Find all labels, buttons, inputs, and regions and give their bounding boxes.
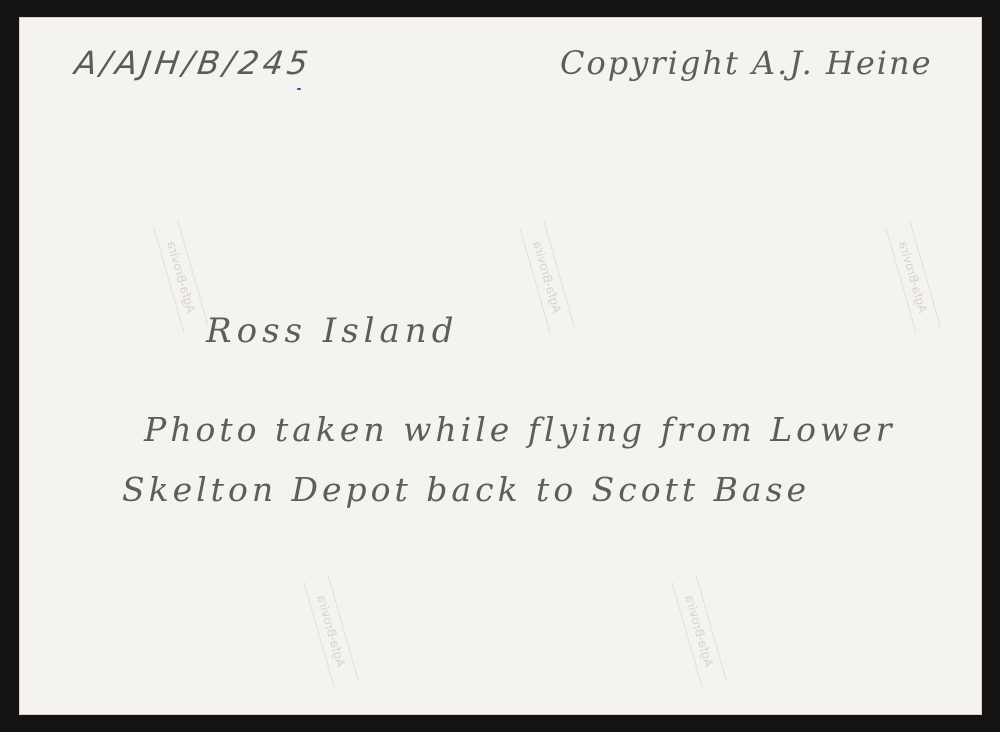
photo-title: Ross Island (206, 311, 458, 351)
watermark-agfa-brovira: Agfa-Brovira (303, 575, 358, 688)
watermark-text: Agfa-Brovira (314, 593, 348, 668)
reference-number: A/AJH/B/245 (72, 44, 314, 82)
watermark-agfa-brovira: Agfa-Brovira (153, 221, 208, 334)
watermark-agfa-brovira: Agfa-Brovira (671, 575, 726, 688)
caption-line-2: Skelton Depot back to Scott Base (122, 470, 810, 509)
scan-frame: A/AJH/B/245 Copyright A.J. Heine Agfa-Br… (0, 0, 1000, 732)
copyright-note: Copyright A.J. Heine (560, 44, 933, 82)
watermark-text: Agfa-Brovira (530, 239, 564, 314)
watermark-text: Agfa-Brovira (164, 239, 198, 314)
ink-dot-mark (297, 88, 301, 90)
watermark-agfa-brovira: Agfa-Brovira (519, 221, 574, 334)
photo-back-paper: A/AJH/B/245 Copyright A.J. Heine Agfa-Br… (20, 18, 981, 714)
watermark-agfa-brovira: Agfa-Brovira (885, 221, 940, 334)
caption-line-1: Photo taken while flying from Lower (144, 410, 896, 449)
watermark-text: Agfa-Brovira (682, 593, 716, 668)
watermark-text: Agfa-Brovira (896, 239, 930, 314)
